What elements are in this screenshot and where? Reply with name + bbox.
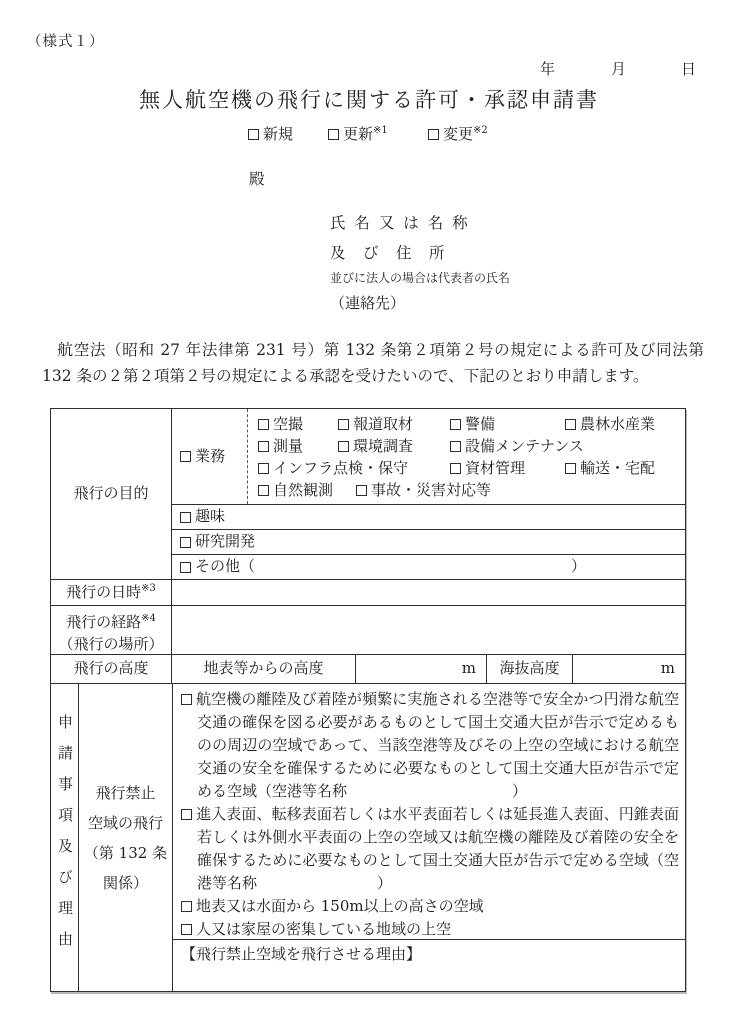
- business-item-news-coverage: 報道取材: [338, 414, 413, 436]
- date-line: 年 月 日: [0, 59, 738, 79]
- purpose-row-label: 飛行の目的: [51, 409, 171, 579]
- renew-checkbox[interactable]: [328, 129, 339, 140]
- option-change-label: 変更: [443, 125, 473, 143]
- business-line-2: 測量 環境調査 設備メンテナンス: [248, 436, 685, 458]
- business-item-security: 警備: [450, 414, 495, 436]
- form-style-code: （様式１）: [27, 32, 105, 53]
- business-items-cell: 空撮 報道取材 警備 農林水産業 測量 環境調査 設備メンテナンス インフラ点検…: [247, 409, 685, 504]
- applicant-name-label: 氏 名 又 は 名 称: [330, 212, 590, 234]
- msl-altitude-label: 海抜高度: [486, 655, 572, 683]
- application-type-row: 新規 更新※1 変更※2: [0, 124, 738, 146]
- application-table: 飛行の目的 業務 空撮 報道取材 警備 農林水産業 測量: [50, 408, 686, 992]
- no-fly-zone-checklist: 航空機の離陸及び着陸が頻繁に実施される空港等で安全かつ円滑な航空交通の確保を図る…: [173, 684, 685, 939]
- year-label: 年: [540, 59, 555, 81]
- addressee-suffix: 殿: [249, 168, 265, 190]
- security-checkbox[interactable]: [450, 419, 461, 430]
- no-fly-reason-input-cell[interactable]: 【飛行禁止空域を飛行させる理由】: [173, 939, 685, 991]
- flight-altitude-label: 飛行の高度: [51, 655, 171, 683]
- business-cell: 業務: [172, 409, 247, 504]
- survey-checkbox[interactable]: [258, 441, 269, 452]
- flight-datetime-label: 飛行の日時※3: [51, 580, 171, 605]
- flight-datetime-row: 飛行の日時※3: [51, 579, 685, 605]
- business-item-nature-observation: 自然観測: [258, 480, 333, 502]
- msl-unit-label: m: [661, 658, 675, 680]
- application-matters-row: 申請事項及び理由 飛行禁止 空域の飛行 （第 132 条 関係） 航空機の離陸及…: [51, 683, 685, 991]
- business-item-equipment-maintenance: 設備メンテナンス: [450, 436, 584, 458]
- densely-populated-checkbox[interactable]: [181, 924, 192, 935]
- infrastructure-inspection-checkbox[interactable]: [258, 463, 269, 474]
- agriculture-checkbox[interactable]: [565, 419, 576, 430]
- option-new: 新規: [248, 124, 293, 146]
- business-item-environment: 環境調査: [338, 436, 413, 458]
- flight-route-input-cell[interactable]: [171, 606, 685, 654]
- equipment-maintenance-checkbox[interactable]: [450, 441, 461, 452]
- business-item-aerial-photo: 空撮: [258, 414, 303, 436]
- option-renew-label: 更新: [343, 125, 373, 143]
- business-item-agriculture: 農林水産業: [565, 414, 655, 436]
- other-checkbox[interactable]: [180, 562, 191, 573]
- business-subrow: 業務 空撮 報道取材 警備 農林水産業 測量 環境調査 設備メンテナンス: [172, 409, 685, 504]
- material-management-checkbox[interactable]: [450, 463, 461, 474]
- business-checkbox[interactable]: [180, 451, 191, 462]
- applicant-block: 氏 名 又 は 名 称 及 び 住 所 並びに法人の場合は代表者の氏名 （連絡先…: [330, 212, 590, 315]
- accident-disaster-checkbox[interactable]: [356, 485, 367, 496]
- above-150m-checkbox[interactable]: [181, 901, 192, 912]
- flight-place-sublabel: （飛行の場所）: [58, 635, 163, 653]
- datetime-footnote-ref: ※3: [141, 583, 156, 594]
- nature-observation-checkbox[interactable]: [258, 485, 269, 496]
- no-fly-zone-options: 航空機の離陸及び着陸が頻繁に実施される空港等で安全かつ円滑な航空交通の確保を図る…: [172, 684, 685, 991]
- option-change: 変更※2: [428, 124, 488, 146]
- flight-route-label: 飛行の経路※4 （飛行の場所）: [51, 606, 171, 654]
- news-coverage-checkbox[interactable]: [338, 419, 349, 430]
- business-label: 業務: [195, 446, 225, 468]
- business-item-accident-disaster: 事故・災害対応等: [356, 480, 491, 502]
- hobby-checkbox[interactable]: [180, 512, 191, 523]
- business-item-transport-delivery: 輸送・宅配: [565, 458, 655, 480]
- airspace-item-airport-vicinity: 航空機の離陸及び着陸が頻繁に実施される空港等で安全かつ円滑な航空交通の確保を図る…: [181, 688, 679, 803]
- flight-altitude-row: 飛行の高度 地表等からの高度 m 海抜高度 m: [51, 654, 685, 683]
- rnd-subrow: 研究開発: [172, 529, 685, 554]
- change-footnote-ref: ※2: [473, 125, 488, 136]
- agl-altitude-input-cell[interactable]: m: [355, 655, 486, 683]
- no-fly-zone-category-label: 飛行禁止 空域の飛行 （第 132 条 関係）: [78, 684, 172, 991]
- new-checkbox[interactable]: [248, 129, 259, 140]
- flight-datetime-input-cell[interactable]: [171, 580, 685, 605]
- other-subrow: その他（ ）: [172, 554, 685, 579]
- renew-footnote-ref: ※1: [373, 125, 388, 136]
- application-matters-side-label: 申請事項及び理由: [51, 684, 78, 991]
- approach-surface-checkbox[interactable]: [181, 809, 192, 820]
- business-line-3: インフラ点検・保守 資材管理 輸送・宅配: [248, 458, 685, 480]
- month-label: 月: [611, 59, 626, 81]
- change-checkbox[interactable]: [428, 129, 439, 140]
- msl-altitude-input-cell[interactable]: m: [572, 655, 685, 683]
- purpose-options: 業務 空撮 報道取材 警備 農林水産業 測量 環境調査 設備メンテナンス: [171, 409, 685, 579]
- day-label: 日: [681, 59, 696, 81]
- airspace-item-densely-populated: 人又は家屋の密集している地域の上空: [181, 918, 679, 941]
- hobby-label: 趣味: [195, 506, 225, 528]
- flight-route-row: 飛行の経路※4 （飛行の場所）: [51, 605, 685, 654]
- applicant-contact-label: （連絡先）: [330, 293, 590, 315]
- transport-delivery-checkbox[interactable]: [565, 463, 576, 474]
- airspace-item-above-150m: 地表又は水面から 150m以上の高さの空域: [181, 895, 679, 918]
- agl-altitude-label: 地表等からの高度: [171, 655, 355, 683]
- application-form-page: （様式１） 年 月 日 無人航空機の飛行に関する許可・承認申請書 新規 更新※1…: [0, 0, 738, 1024]
- agl-unit-label: m: [462, 658, 476, 680]
- rnd-label: 研究開発: [195, 531, 255, 553]
- page-title: 無人航空機の飛行に関する許可・承認申請書: [0, 85, 738, 115]
- environment-checkbox[interactable]: [338, 441, 349, 452]
- business-item-survey: 測量: [258, 436, 303, 458]
- purpose-row: 飛行の目的 業務 空撮 報道取材 警備 農林水産業 測量: [51, 409, 685, 579]
- option-renew: 更新※1: [328, 124, 388, 146]
- applicant-representative-note: 並びに法人の場合は代表者の氏名: [330, 270, 590, 287]
- other-label: その他（: [195, 556, 255, 578]
- intro-paragraph: 航空法（昭和 27 年法律第 231 号）第 132 条第２項第２号の規定による…: [42, 337, 704, 389]
- business-line-4: 自然観測 事故・災害対応等: [248, 480, 685, 502]
- route-footnote-ref: ※4: [141, 613, 156, 624]
- business-item-material-management: 資材管理: [450, 458, 525, 480]
- other-close-paren: ）: [571, 556, 586, 578]
- rnd-checkbox[interactable]: [180, 537, 191, 548]
- option-new-label: 新規: [263, 125, 293, 143]
- applicant-address-label: 及 び 住 所: [330, 242, 590, 264]
- aerial-photo-checkbox[interactable]: [258, 419, 269, 430]
- business-item-infrastructure-inspection: インフラ点検・保守: [258, 458, 408, 480]
- business-line-1: 空撮 報道取材 警備 農林水産業: [248, 414, 685, 436]
- no-fly-reason-heading: 【飛行禁止空域を飛行させる理由】: [181, 945, 421, 963]
- hobby-subrow: 趣味: [172, 504, 685, 529]
- airport-vicinity-checkbox[interactable]: [181, 694, 192, 705]
- airspace-item-approach-surface: 進入表面、転移表面若しくは水平表面若しくは延長進入表面、円錐表面若しくは外側水平…: [181, 803, 679, 895]
